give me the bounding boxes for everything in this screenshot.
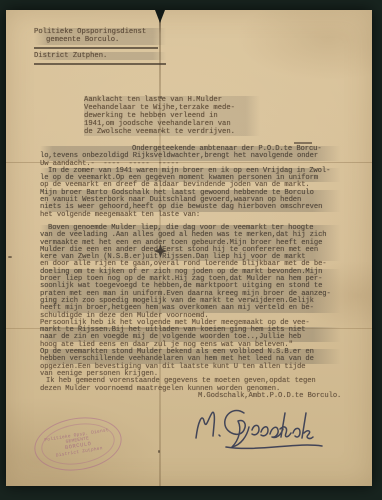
subject-line: de Zwolsche veemarkt te verdrijven. (84, 128, 260, 136)
document-paper: Politieke Opsporingsdienst gemeente Borc… (6, 10, 372, 486)
letterhead-underline (34, 47, 158, 49)
scanned-document-photo: { "header": { "line1": "Politieke Opspor… (0, 0, 382, 500)
letterhead: Politieke Opsporingsdienst gemeente Borc… (34, 28, 166, 68)
signature-ink-icon (188, 402, 338, 454)
letter-body: Ondergeteekende ambtenaar der P.O.D.te B… (40, 146, 350, 400)
paper-speck (8, 256, 12, 258)
stamp-inner-ring (38, 418, 117, 469)
letterhead-district: District Zutphen. (34, 52, 166, 60)
typed-signature-line: M.Godschalk,Ambt.P.O.D.te Borculo. (198, 393, 350, 400)
typed-dash-mark (294, 142, 312, 144)
subject-block: Aanklacht ten laste van H.Mulder Veehand… (84, 96, 260, 136)
subject-line: Veehandelaar te Wijhe,terzake mede- (84, 104, 260, 112)
letterhead-org-line2: gemeente Borculo. (34, 36, 166, 44)
office-stamp: Politieke Opsp. Dienst GEMEENTE BORCULO … (30, 411, 125, 476)
fold-notch-tear (155, 10, 165, 23)
paper-speck (158, 450, 160, 453)
letterhead-underline (34, 63, 166, 65)
subject-line: Aanklacht ten laste van H.Mulder (84, 96, 260, 104)
handwritten-signature (188, 402, 338, 454)
body-line: het volgende meegemaakt ten laste van: (40, 212, 350, 219)
